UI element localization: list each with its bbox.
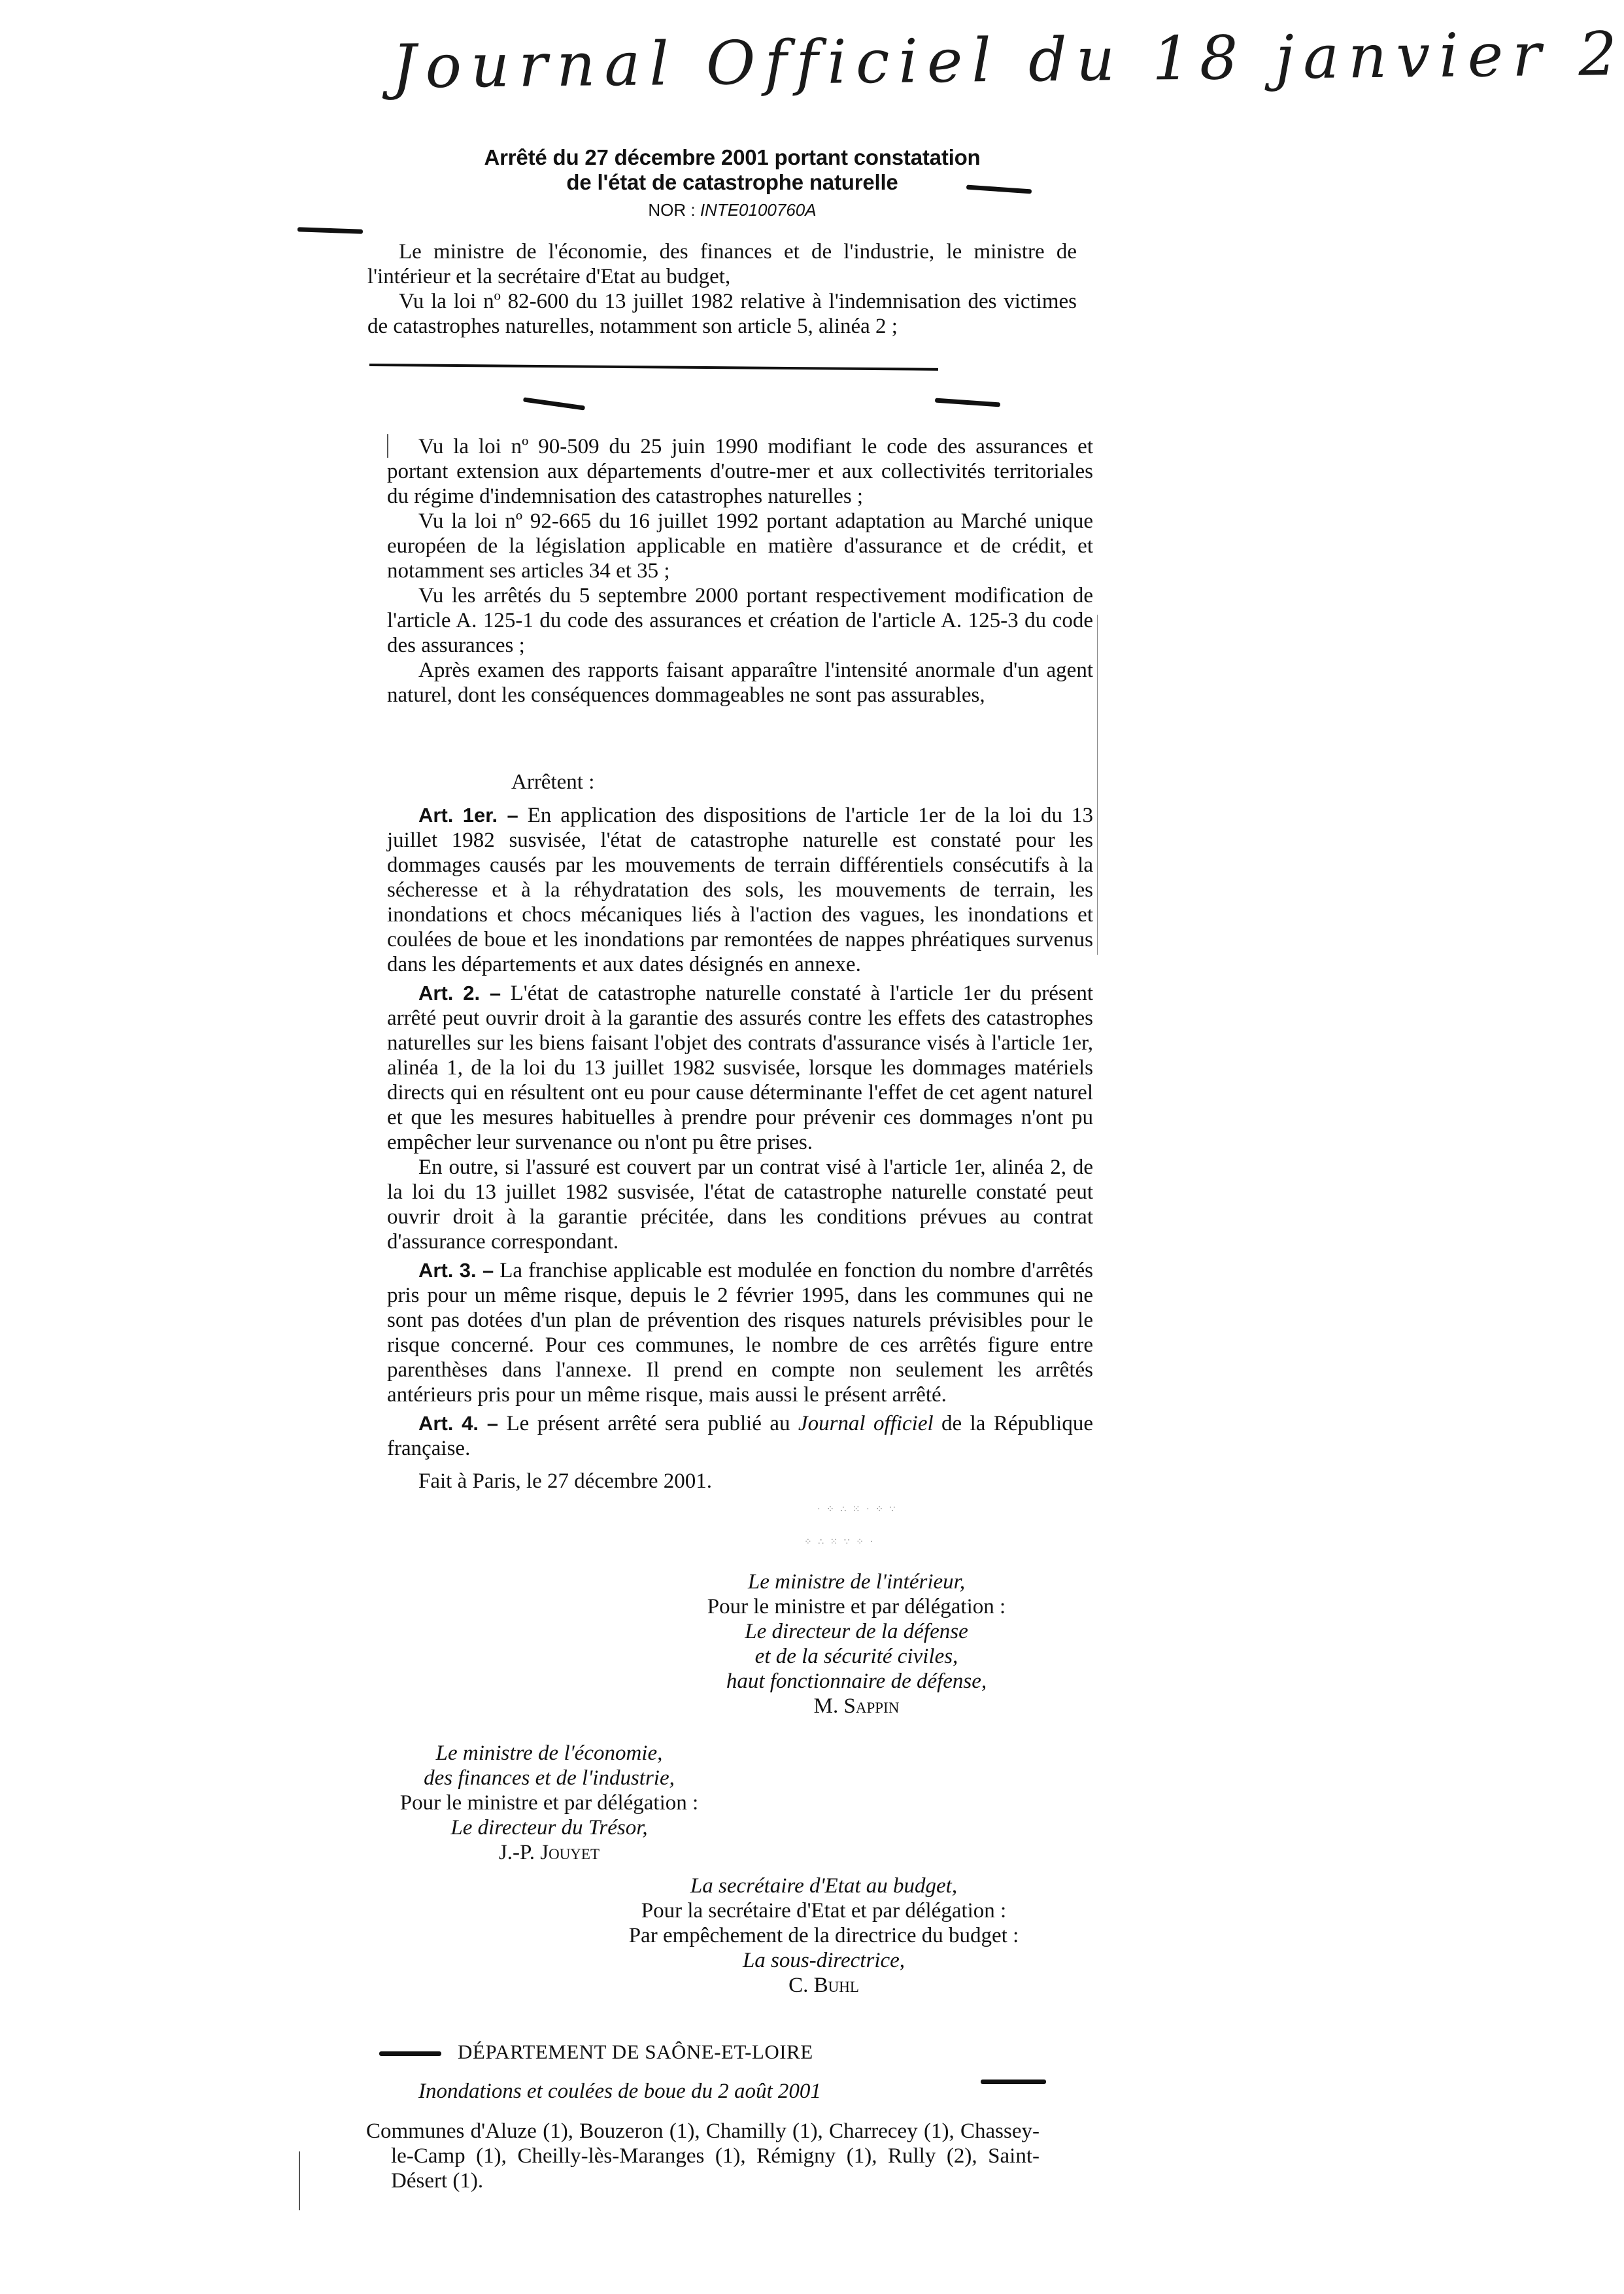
clip-mark [379,2051,441,2056]
margin-line-left-bottom [299,2151,300,2210]
signature-budget: La secrétaire d'Etat au budget, Pour la … [562,1874,1085,1998]
signatory-delegation: Pour le ministre et par délégation : [366,1790,732,1815]
article-label: Art. 3. – [418,1259,494,1282]
visa-paragraph: Vu la loi nº 92-665 du 16 juillet 1992 p… [387,509,1093,583]
nor-reference: NOR : INTE0100760A [418,200,1046,220]
signatory-role: Le ministre de l'intérieur, [654,1569,1059,1594]
signatory-title: et de la sécurité civiles, [654,1644,1059,1669]
article-2-extra: En outre, si l'assuré est couvert par un… [387,1155,1093,1254]
decree-title: Arrêté du 27 décembre 2001 portant const… [418,145,1046,195]
clip-mark [935,398,1000,407]
signatory-title: La sous-directrice, [562,1948,1085,1973]
signatory-name: M. Sappin [654,1694,1059,1719]
signatory-role: des finances et de l'industrie, [366,1766,732,1790]
signatory-title: Le directeur de la défense [654,1619,1059,1644]
visa-paragraph: Vu les arrêtés du 5 septembre 2000 porta… [387,583,1093,658]
visa-paragraph: Après examen des rapports faisant appara… [387,658,1093,708]
nor-value: INTE0100760A [700,200,817,220]
communes-list: Communes d'Aluze (1), Bouzeron (1), Cham… [366,2119,1040,2193]
decree-title-line2: de l'état de catastrophe naturelle [418,170,1046,195]
preamble-paragraph: Le ministre de l'économie, des finances … [367,239,1077,289]
signature-economie: Le ministre de l'économie, des finances … [366,1741,732,1865]
signatory-role: La secrétaire d'Etat au budget, [562,1874,1085,1898]
margin-line-right [1097,615,1098,955]
article-text: L'état de catastrophe naturelle constaté… [387,982,1093,1154]
preamble: Le ministre de l'économie, des finances … [367,239,1077,339]
arretent-heading: Arrêtent : [387,770,1093,795]
signatory-title: Le directeur du Trésor, [366,1815,732,1840]
article-2: Art. 2. – L'état de catastrophe naturell… [387,981,1093,1155]
signature-interieur: Le ministre de l'intérieur, Pour le mini… [654,1569,1059,1719]
clip-mark [523,397,585,410]
article-1: Art. 1er. – En application des dispositi… [387,803,1093,977]
decree-title-line1: Arrêté du 27 décembre 2001 portant const… [418,145,1046,170]
signatory-delegation: Pour la secrétaire d'Etat et par délégat… [562,1898,1085,1923]
clip-mark [981,2080,1046,2084]
journal-officiel-italic: Journal officiel [798,1412,934,1435]
divider-rule [369,364,938,371]
signatory-name: C. Buhl [562,1973,1085,1998]
signatory-name: J.-P. Jouyet [366,1840,732,1865]
article-3: Art. 3. – La franchise applicable est mo… [387,1258,1093,1407]
clip-mark [297,227,363,233]
fait-a-paris: Fait à Paris, le 27 décembre 2001. [387,1469,1093,1494]
annex-event: Inondations et coulées de boue du 2 août… [418,2080,821,2104]
signatory-role: Le ministre de l'économie, [366,1741,732,1766]
stamp-residue: · ⁘ ∴ ⁙ · ⁘ ∵ [817,1504,897,1515]
article-label: Art. 2. – [418,982,501,1004]
visa-paragraph: Vu la loi nº 90-509 du 25 juin 1990 modi… [387,434,1093,509]
article-text: Le présent arrêté sera publié au [506,1412,798,1435]
article-label: Art. 1er. – [418,804,518,827]
signatory-title: haut fonctionnaire de défense, [654,1669,1059,1694]
stamp-residue: ⁘ ∴ ⁙ ∵ ⁘ · [804,1537,875,1548]
handwritten-header: Journal Officiel du 18 janvier 2002 [392,20,1478,143]
article-text: En application des dispositions de l'art… [387,804,1093,976]
annex-department-heading: DÉPARTEMENT DE SAÔNE-ET-LOIRE [458,2040,813,2064]
visas: Vu la loi nº 90-509 du 25 juin 1990 modi… [387,434,1093,708]
arretent-block: Arrêtent : [387,770,1093,795]
preamble-paragraph: Vu la loi nº 82-600 du 13 juillet 1982 r… [367,289,1077,339]
signatory-empechement: Par empêchement de la directrice du budg… [562,1923,1085,1948]
nor-label: NOR : [648,200,695,220]
annex-communes: Communes d'Aluze (1), Bouzeron (1), Cham… [366,2119,1040,2193]
signatory-delegation: Pour le ministre et par délégation : [654,1594,1059,1619]
articles: Art. 1er. – En application des dispositi… [387,803,1093,1494]
article-label: Art. 4. – [418,1412,498,1435]
article-4: Art. 4. – Le présent arrêté sera publié … [387,1411,1093,1461]
